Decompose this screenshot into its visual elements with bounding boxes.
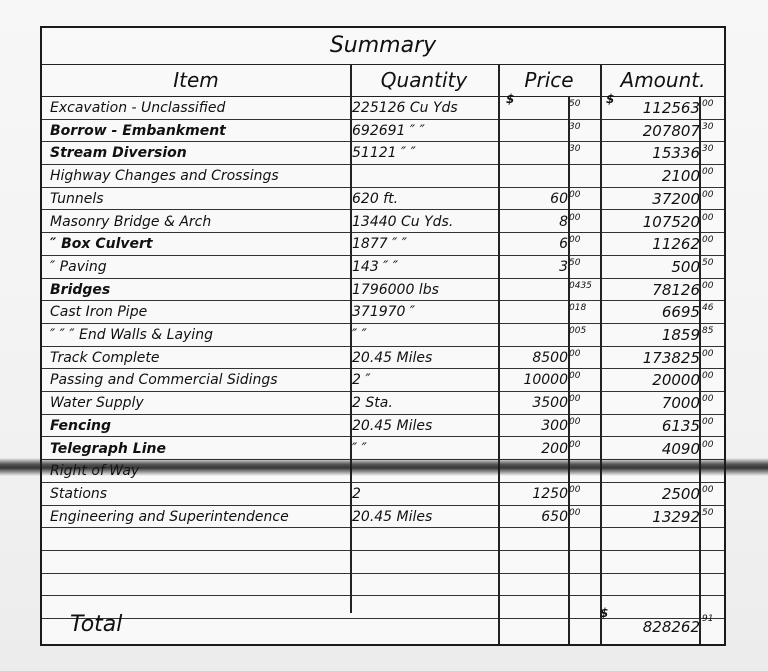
price-cents-cell: 018 — [569, 300, 599, 323]
amount-cents-cell: 30 — [700, 141, 728, 164]
item-cell — [50, 527, 350, 550]
price-cents-cell — [569, 550, 599, 573]
price-cents-cell: 30 — [569, 119, 599, 142]
quantity-cell: 20.45 Miles — [352, 346, 498, 369]
quantity-cell — [352, 573, 498, 596]
item-cell: Stream Diversion — [50, 141, 350, 164]
item-cell: Telegraph Line — [50, 437, 350, 460]
table-row: Passing and Commercial Sidings2 ″1000000… — [42, 368, 724, 392]
price-dollars-cell — [498, 550, 568, 573]
amount-cents-cell: 00 — [700, 232, 728, 255]
amount-cents-cell — [700, 550, 728, 573]
amount-dollars-cell: 15336 — [602, 141, 700, 164]
amount-cents-cell: 00 — [700, 187, 728, 210]
amount-cents-cell: 00 — [700, 437, 728, 460]
price-dollars-cell: 1250 — [498, 482, 568, 505]
price-cents-cell: 00 — [569, 414, 599, 437]
table-title: Summary — [42, 28, 724, 65]
price-cents-cell — [569, 459, 599, 482]
column-header-quantity: Quantity — [350, 64, 498, 97]
amount-cents-cell: 00 — [700, 278, 728, 301]
price-dollars-cell — [498, 323, 568, 346]
column-divider — [568, 96, 570, 644]
amount-dollars-cell: 500 — [602, 255, 700, 278]
amount-dollars-cell: 7000 — [602, 391, 700, 414]
column-divider — [498, 64, 500, 644]
amount-cents-cell: 00 — [700, 96, 728, 119]
table-row: Stream Diversion51121 ″ ″301533630 — [42, 141, 724, 165]
amount-cents-cell — [700, 573, 728, 596]
price-cents-cell: 50 — [569, 255, 599, 278]
quantity-cell — [352, 164, 498, 187]
table-row: Engineering and Superintendence20.45 Mil… — [42, 505, 724, 529]
price-dollars-cell: 8500 — [498, 346, 568, 369]
quantity-cell: 51121 ″ ″ — [352, 141, 498, 164]
item-cell: Cast Iron Pipe — [50, 300, 350, 323]
amount-cents-cell: 00 — [700, 391, 728, 414]
price-dollars-cell: 3500 — [498, 391, 568, 414]
price-dollars-cell: 200 — [498, 437, 568, 460]
quantity-cell: 225126 Cu Yds — [352, 96, 498, 119]
price-dollars-cell: 300 — [498, 414, 568, 437]
amount-cents-cell: 46 — [700, 300, 728, 323]
amount-dollars-cell: 1859 — [602, 323, 700, 346]
summary-table: Summary Item Quantity Price Amount. Exca… — [40, 26, 726, 646]
price-cents-cell — [569, 527, 599, 550]
dollar-sign: $ — [506, 92, 514, 106]
price-cents-cell: 0435 — [569, 278, 599, 301]
table-row: Fencing20.45 Miles30000613500 — [42, 414, 724, 438]
column-divider — [350, 64, 352, 613]
dollar-sign: $ — [606, 92, 614, 106]
table-row: Excavation - Unclassified225126 Cu Yds50… — [42, 96, 724, 120]
table-row: Track Complete20.45 Miles85000017382500 — [42, 346, 724, 370]
price-dollars-cell — [498, 300, 568, 323]
amount-dollars-cell: 112563 — [602, 96, 700, 119]
item-cell — [50, 550, 350, 573]
table-row: Right of Way — [42, 459, 724, 483]
quantity-cell: 13440 Cu Yds. — [352, 210, 498, 233]
amount-cents-cell — [700, 527, 728, 550]
amount-cents-cell: 00 — [700, 346, 728, 369]
table-row: Highway Changes and Crossings210000 — [42, 164, 724, 188]
amount-dollars-cell: 207807 — [602, 119, 700, 142]
table-row: Water Supply2 Sta.350000700000 — [42, 391, 724, 415]
item-cell: Tunnels — [50, 187, 350, 210]
column-header-item: Item — [42, 64, 350, 97]
amount-cents-cell: 00 — [700, 368, 728, 391]
amount-dollars-cell: 173825 — [602, 346, 700, 369]
table-row: Masonry Bridge & Arch13440 Cu Yds.800107… — [42, 210, 724, 234]
price-dollars-cell — [498, 573, 568, 596]
amount-dollars-cell: 2500 — [602, 482, 700, 505]
quantity-cell: ″ ″ — [352, 323, 498, 346]
price-cents-cell: 00 — [569, 232, 599, 255]
table-row: Stations2125000250000 — [42, 482, 724, 506]
item-cell: Passing and Commercial Sidings — [50, 368, 350, 391]
amount-dollars-cell — [602, 550, 700, 573]
table-row: Telegraph Line″ ″20000409000 — [42, 437, 724, 461]
total-row: Total $ 828262 91 — [42, 608, 724, 644]
column-divider — [699, 96, 701, 644]
price-cents-cell: 00 — [569, 505, 599, 528]
quantity-cell: 1796000 lbs — [352, 278, 498, 301]
amount-dollars-cell: 107520 — [602, 210, 700, 233]
price-cents-cell: 50 — [569, 96, 599, 119]
amount-dollars-cell: 6135 — [602, 414, 700, 437]
amount-dollars-cell: 13292 — [602, 505, 700, 528]
price-dollars-cell — [498, 164, 568, 187]
table-row: Borrow - Embankment692691 ″ ″3020780730 — [42, 119, 724, 143]
item-cell: Bridges — [50, 278, 350, 301]
amount-cents-cell: 00 — [700, 482, 728, 505]
total-amount-cents: 91 — [702, 614, 713, 624]
price-cents-cell: 00 — [569, 437, 599, 460]
table-row: Bridges1796000 lbs04357812600 — [42, 278, 724, 302]
quantity-cell: 143 ″ ″ — [352, 255, 498, 278]
amount-dollars-cell — [602, 527, 700, 550]
amount-cents-cell: 50 — [700, 505, 728, 528]
quantity-cell — [352, 550, 498, 573]
price-dollars-cell: 60 — [498, 187, 568, 210]
price-cents-cell: 30 — [569, 141, 599, 164]
amount-dollars-cell: 2100 — [602, 164, 700, 187]
table-row — [42, 573, 724, 597]
item-cell: ″ Paving — [50, 255, 350, 278]
quantity-cell: 2 — [352, 482, 498, 505]
item-cell: Borrow - Embankment — [50, 119, 350, 142]
price-dollars-cell: 10000 — [498, 368, 568, 391]
amount-dollars-cell: 37200 — [602, 187, 700, 210]
price-cents-cell: 00 — [569, 482, 599, 505]
amount-cents-cell: 50 — [700, 255, 728, 278]
price-dollars-cell — [498, 141, 568, 164]
amount-cents-cell — [700, 459, 728, 482]
price-dollars-cell: 3 — [498, 255, 568, 278]
item-cell: Right of Way — [50, 459, 350, 482]
column-divider — [600, 64, 602, 644]
amount-cents-cell: 00 — [700, 210, 728, 233]
amount-dollars-cell: 11262 — [602, 232, 700, 255]
price-dollars-cell: 6 — [498, 232, 568, 255]
amount-dollars-cell: 78126 — [602, 278, 700, 301]
column-header-amount: Amount. — [600, 64, 726, 97]
item-cell: Masonry Bridge & Arch — [50, 210, 350, 233]
table-row — [42, 527, 724, 551]
amount-cents-cell: 85 — [700, 323, 728, 346]
item-cell: Water Supply — [50, 391, 350, 414]
price-dollars-cell — [498, 459, 568, 482]
price-dollars-cell — [498, 527, 568, 550]
item-cell: Fencing — [50, 414, 350, 437]
total-label: Total — [70, 612, 122, 637]
amount-dollars-cell: 4090 — [602, 437, 700, 460]
price-cents-cell: 00 — [569, 210, 599, 233]
amount-cents-cell: 30 — [700, 119, 728, 142]
price-cents-cell: 005 — [569, 323, 599, 346]
price-dollars-cell — [498, 278, 568, 301]
item-cell: ″ ″ ″ End Walls & Laying — [50, 323, 350, 346]
price-dollars-cell: 650 — [498, 505, 568, 528]
total-amount-dollars: 828262 — [602, 618, 700, 636]
quantity-cell: ″ ″ — [352, 437, 498, 460]
quantity-cell: 692691 ″ ″ — [352, 119, 498, 142]
item-cell: ″ Box Culvert — [50, 232, 350, 255]
price-dollars-cell: 8 — [498, 210, 568, 233]
price-cents-cell: 00 — [569, 187, 599, 210]
item-cell: Excavation - Unclassified — [50, 96, 350, 119]
item-cell: Track Complete — [50, 346, 350, 369]
price-cents-cell: 00 — [569, 346, 599, 369]
amount-cents-cell: 00 — [700, 164, 728, 187]
table-row: ″ ″ ″ End Walls & Laying″ ″005185985 — [42, 323, 724, 347]
price-cents-cell — [569, 573, 599, 596]
item-cell: Engineering and Superintendence — [50, 505, 350, 528]
amount-dollars-cell: 6695 — [602, 300, 700, 323]
item-cell — [50, 573, 350, 596]
price-cents-cell: 00 — [569, 391, 599, 414]
table-row: ″ Paving143 ″ ″35050050 — [42, 255, 724, 279]
quantity-cell: 2 Sta. — [352, 391, 498, 414]
table-row — [42, 550, 724, 574]
quantity-cell — [352, 459, 498, 482]
quantity-cell — [352, 527, 498, 550]
quantity-cell: 1877 ″ ″ — [352, 232, 498, 255]
scanned-page: Summary Item Quantity Price Amount. Exca… — [0, 0, 768, 671]
amount-dollars-cell — [602, 459, 700, 482]
price-cents-cell: 00 — [569, 368, 599, 391]
table-row: Cast Iron Pipe371970 ″018669546 — [42, 300, 724, 324]
quantity-cell: 620 ft. — [352, 187, 498, 210]
item-cell: Stations — [50, 482, 350, 505]
amount-cents-cell: 00 — [700, 414, 728, 437]
table-row: Tunnels620 ft.60003720000 — [42, 187, 724, 211]
quantity-cell: 371970 ″ — [352, 300, 498, 323]
price-cents-cell — [569, 164, 599, 187]
quantity-cell: 20.45 Miles — [352, 414, 498, 437]
amount-dollars-cell — [602, 573, 700, 596]
item-cell: Highway Changes and Crossings — [50, 164, 350, 187]
quantity-cell: 2 ″ — [352, 368, 498, 391]
quantity-cell: 20.45 Miles — [352, 505, 498, 528]
amount-dollars-cell: 20000 — [602, 368, 700, 391]
price-dollars-cell — [498, 119, 568, 142]
table-row: ″ Box Culvert1877 ″ ″6001126200 — [42, 232, 724, 256]
